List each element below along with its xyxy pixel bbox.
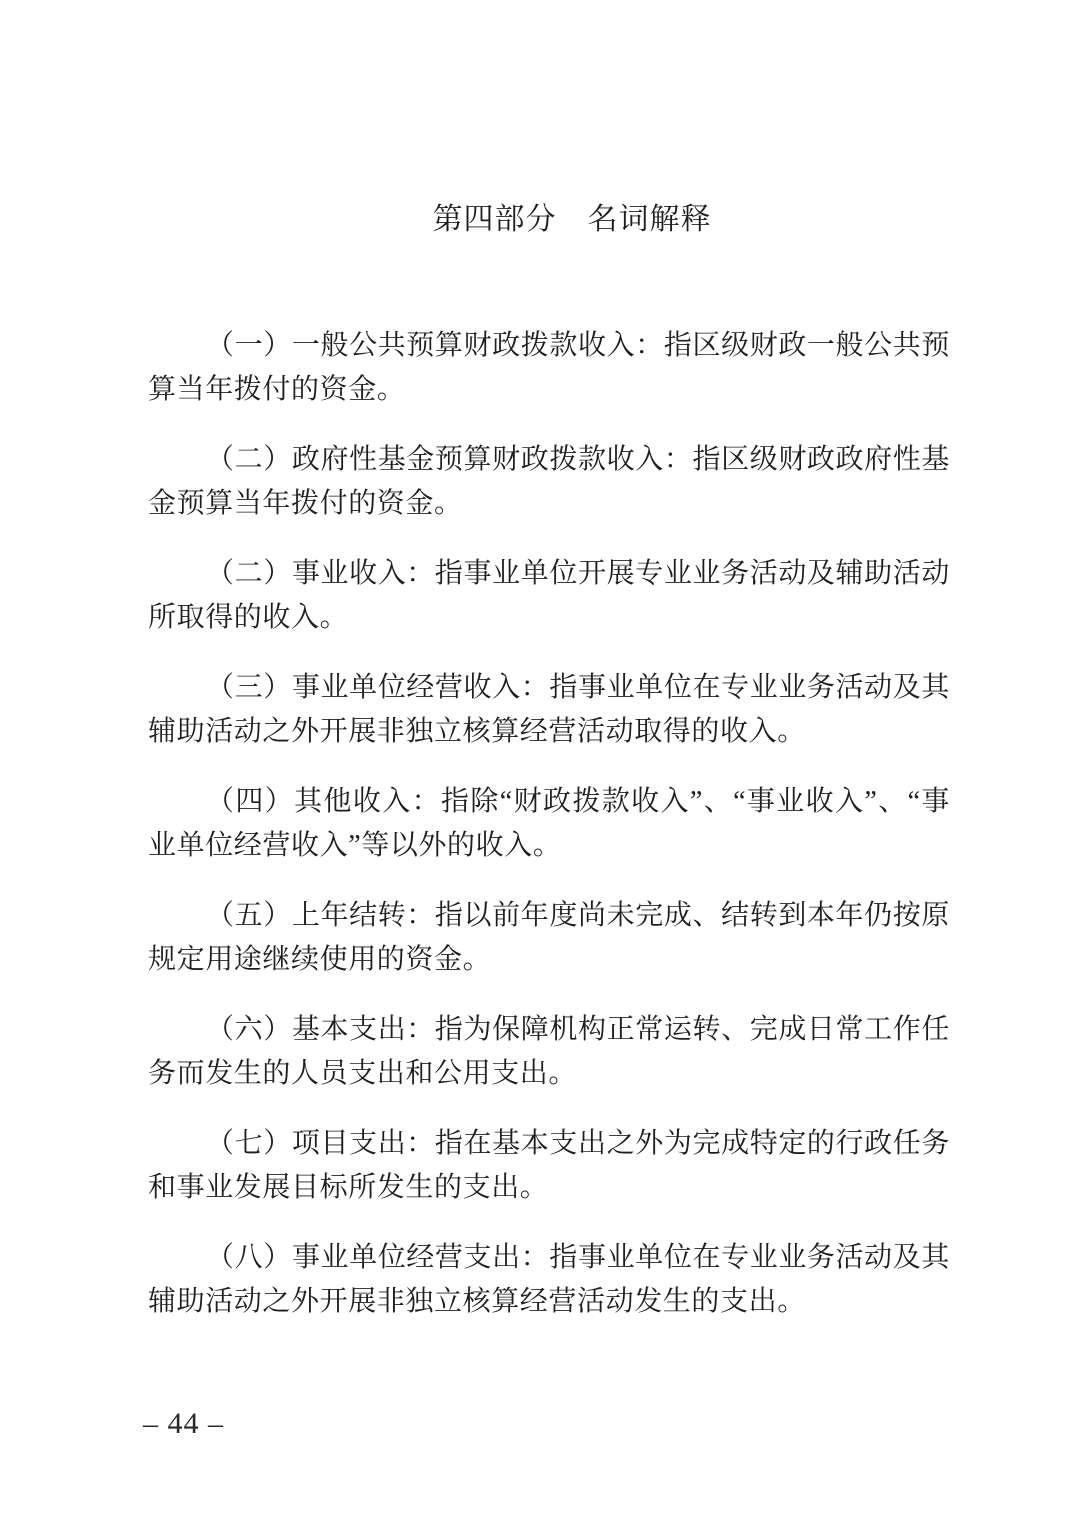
term-paragraph-government-fund-budget-income: （二）政府性基金预算财政拨款收入：指区级财政政府性基金预算当年拨付的资金。 <box>148 438 950 526</box>
page-number: – 44 – <box>143 1406 224 1442</box>
term-paragraph-institution-operating-expenditure: （八）事业单位经营支出：指事业单位在专业业务活动及其辅助活动之外开展非独立核算经… <box>148 1236 950 1324</box>
term-paragraph-other-income: （四）其他收入：指除“财政拨款收入”、“事业收入”、“事业单位经营收入”等以外的… <box>148 780 950 868</box>
term-paragraph-institution-income: （二）事业收入：指事业单位开展专业业务活动及辅助活动所取得的收入。 <box>148 552 950 640</box>
term-paragraph-basic-expenditure: （六）基本支出：指为保障机构正常运转、完成日常工作任务而发生的人员支出和公用支出… <box>148 1008 950 1096</box>
term-paragraph-general-public-budget-income: （一）一般公共预算财政拨款收入：指区级财政一般公共预算当年拨付的资金。 <box>148 324 950 412</box>
term-paragraph-project-expenditure: （七）项目支出：指在基本支出之外为完成特定的行政任务和事业发展目标所发生的支出。 <box>148 1122 950 1210</box>
term-paragraph-carryover-from-previous-year: （五）上年结转：指以前年度尚未完成、结转到本年仍按原规定用途继续使用的资金。 <box>148 894 950 982</box>
term-paragraph-institution-operating-income: （三）事业单位经营收入：指事业单位在专业业务活动及其辅助活动之外开展非独立核算经… <box>148 666 950 754</box>
document-page: 第四部分 名词解释 （一）一般公共预算财政拨款收入：指区级财政一般公共预算当年拨… <box>0 0 1074 1520</box>
page-title: 第四部分 名词解释 <box>171 198 973 242</box>
